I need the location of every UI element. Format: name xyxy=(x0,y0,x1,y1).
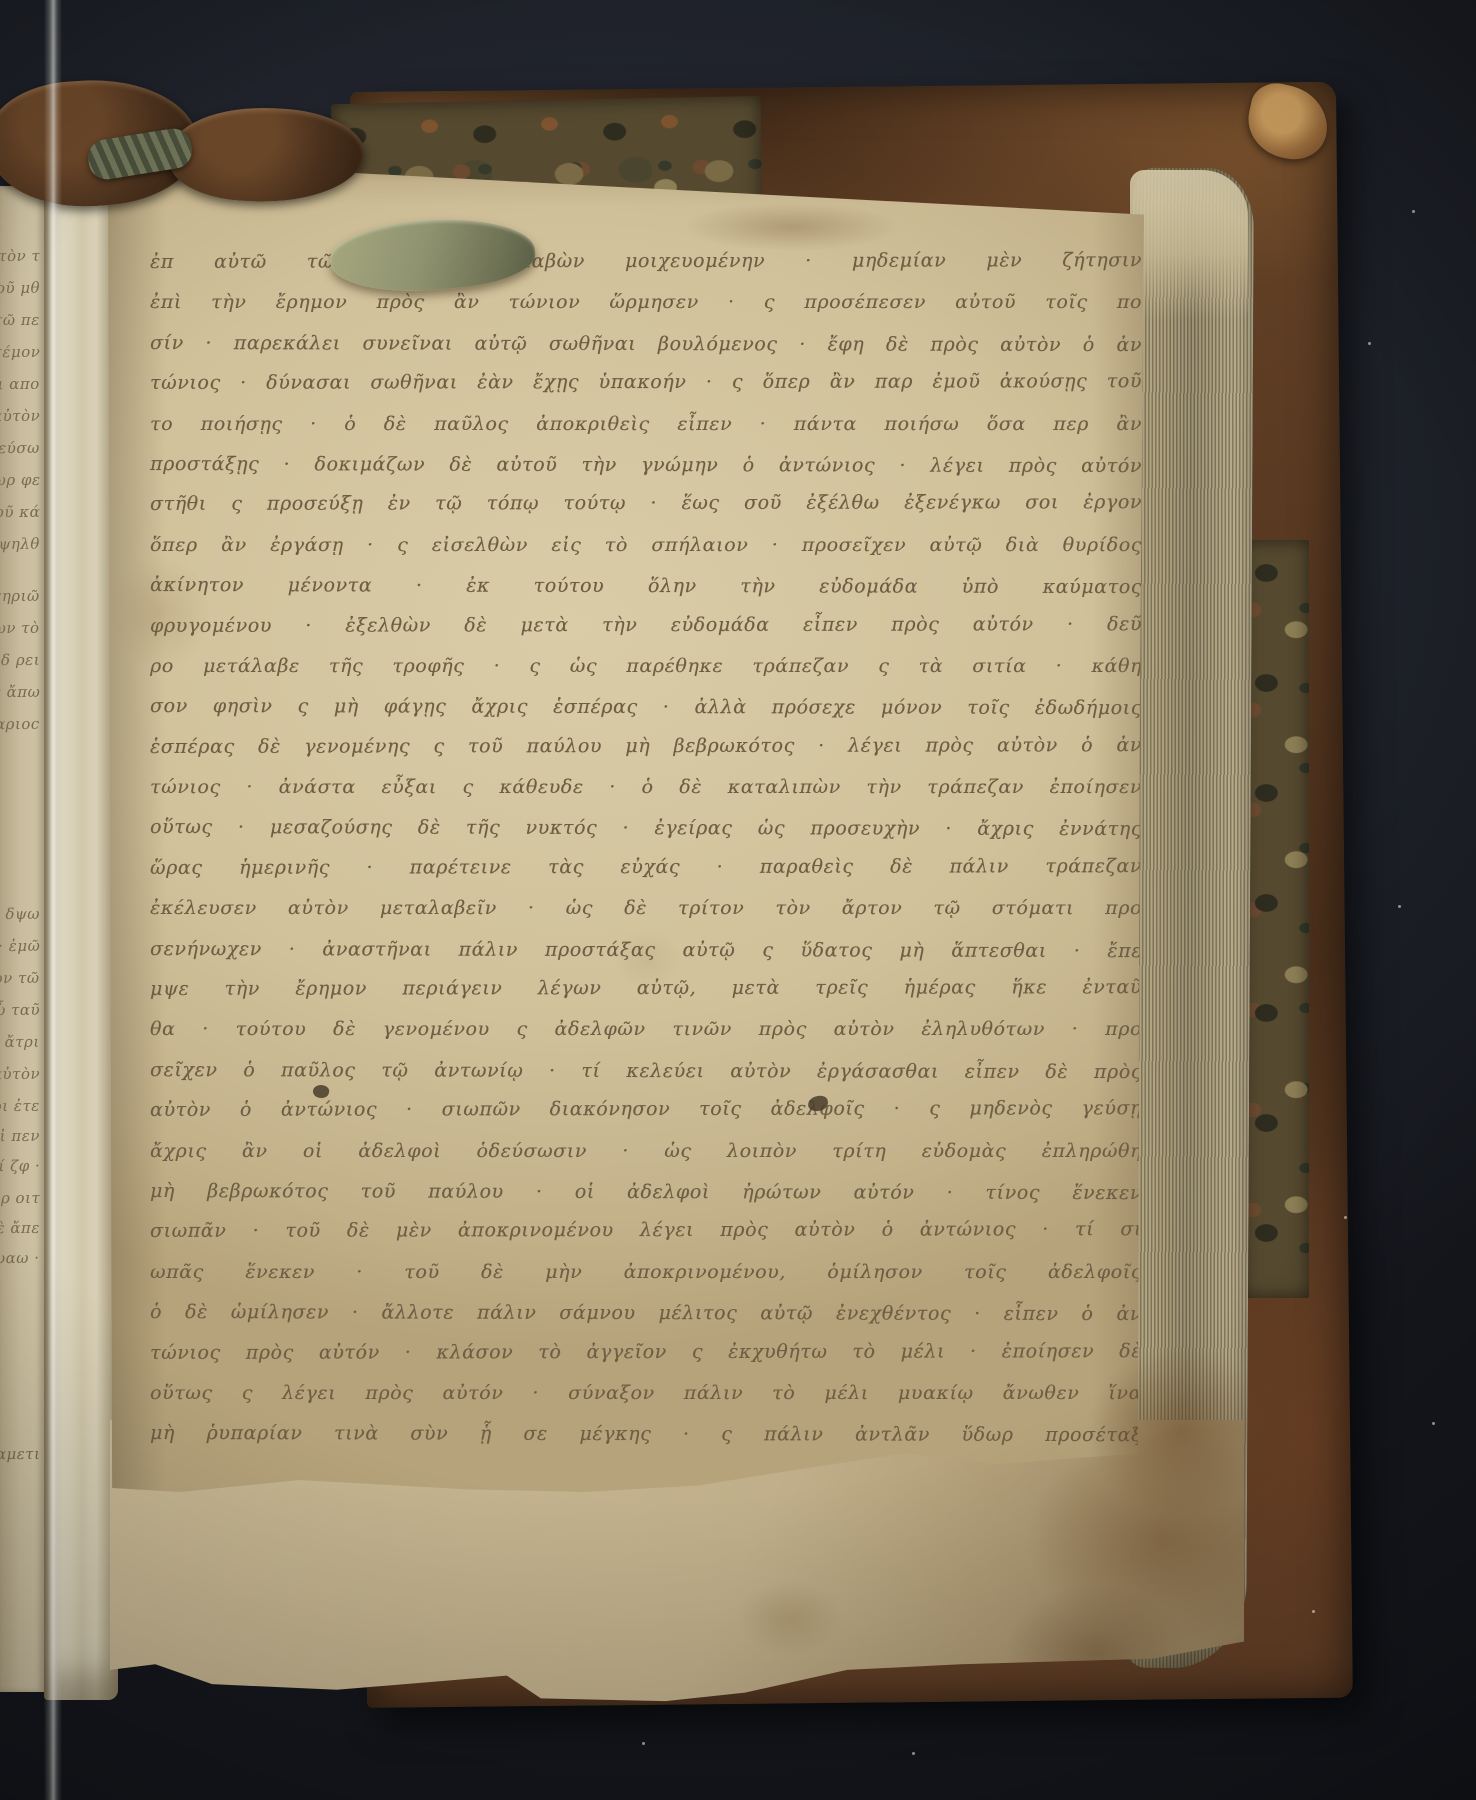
facing-page-fragment: ν αὐτὸν xyxy=(0,1065,40,1084)
facing-page-fragment: ταί ζφ · xyxy=(0,1157,40,1176)
dust-speck xyxy=(1368,342,1371,345)
text-line: ωπᾶς ἕνεκεν · τοῦ δὲ μὴν ἀποκρινομένου, … xyxy=(150,1252,1142,1292)
facing-page-fragment: ϊc ἄπω xyxy=(0,683,40,701)
facing-page-fragment: χων τὸ xyxy=(0,619,40,637)
text-line: ἐπ αὐτῶ τῶ φόρω καταλαβὼν μοιχευομένην ·… xyxy=(150,240,1142,282)
text-line: στῆθι ς προσεύξῃ ἐν τῷ τόπῳ τούτῳ · ἕως … xyxy=(150,482,1142,524)
facing-page-fragment: τον · ἐμῶ xyxy=(0,937,40,956)
page-stack-top-curve xyxy=(1130,170,1248,320)
facing-page-fragment: φριοι ἐτε xyxy=(0,1097,40,1116)
marbled-paper-right xyxy=(1243,540,1309,1298)
cradle-glare-strip xyxy=(44,0,62,1800)
text-line: οὕτως · μεσαζούσης δὲ τῆς νυκτός · ἐγείρ… xyxy=(150,807,1142,849)
facing-page-sliver: αυτὸν τc τοῦ μθτῶ πεετέμονοι απορὸc αὐτὸ… xyxy=(0,186,44,1692)
text-line: θα · τούτου δὲ γενομένου ς ἀδελφῶν τινῶν… xyxy=(150,1009,1142,1049)
text-line: φρυγομένου · ἐξελθὼν δὲ μετὰ τὴν εὐδομάδ… xyxy=(150,604,1142,646)
text-line: τώνιος · δύνασαι σωθῆναι ἐὰν ἔχῃς ὑπακοή… xyxy=(150,361,1142,403)
text-line: ἑσπέρας δὲ γενομένης ς τοῦ παύλου μὴ βεβ… xyxy=(150,725,1142,767)
facing-page-fragment: οι απο xyxy=(0,375,40,393)
text-line: ρο μετάλαβε τῆς τροφῆς · ς ὡς παρέθηκε τ… xyxy=(150,646,1142,686)
text-line: σεῖχεν ὁ παῦλος τῷ ἀντωνίῳ · τί κελεύει … xyxy=(150,1050,1142,1092)
text-line: σίν · παρεκάλει συνεῖναι αὐτῷ σωθῆναι βο… xyxy=(150,323,1142,365)
facing-page-fragment: c εἰ πεν xyxy=(0,1127,40,1146)
facing-page-fragment: ετέμον xyxy=(0,343,40,361)
facing-page-fragment: ριν ἄτρι xyxy=(0,1033,40,1052)
facing-page-fragment: υτι ὦ ταῦ xyxy=(0,1001,40,1020)
text-line: ὁ δὲ ὡμίλησεν · ἄλλοτε πάλιν σάμνου μέλι… xyxy=(150,1292,1142,1334)
text-line: μὴ βεβρωκότος τοῦ παύλου · οἱ ἀδελφοὶ ἠρ… xyxy=(150,1171,1142,1213)
text-line: οὕτως ς λέγει πρὸς αὐτόν · σύναξον πάλιν… xyxy=(150,1373,1142,1413)
text-line: ἀκίνητον μένοντα · ἐκ τούτου ὅλην τὴν εὐ… xyxy=(150,565,1142,607)
page-edge-stain xyxy=(1088,1348,1274,1514)
dust-speck xyxy=(1432,1422,1435,1425)
dust-speck xyxy=(1398,905,1401,908)
facing-page-fragment: χον τῶ xyxy=(0,969,40,987)
manuscript-leaf: 65. ἐπ αὐτῶ τῶ φόρω καταλαβὼν μοιχευομέν… xyxy=(108,160,1144,1492)
text-line: το ποιήσῃς · ὁ δὲ παῦλος ἀποκριθεὶς εἶπε… xyxy=(150,404,1142,444)
dust-speck xyxy=(1312,1610,1315,1613)
facing-page-fragment: ρὸc αὐτὸν xyxy=(0,407,40,426)
dust-speck xyxy=(1412,210,1415,213)
facing-page-fragment: ὦ δ ρει xyxy=(0,651,40,669)
text-line: αὐτὸν ὁ ἀντώνιος · σιωπῶν διακόνησον τοῖ… xyxy=(150,1088,1142,1130)
text-line: ὅπερ ἂν ἐργάσῃ · ς εἰσελθὼν εἰς τὸ σπήλα… xyxy=(150,525,1142,565)
facing-page-fragment: ταμετι xyxy=(0,1445,40,1463)
text-line: μψε τὴν ἔρημον περιάγειν λέγων αὐτῷ, μετ… xyxy=(150,967,1142,1009)
facing-page-fragment: χωρ φε xyxy=(0,471,40,489)
facing-page-fragment: βεύσω xyxy=(0,439,40,457)
facing-page-fragment: τοῦ κά xyxy=(0,503,40,521)
facing-page-fragment: ον δψω xyxy=(0,905,40,924)
facing-page-fragment: μ ψηριῶ xyxy=(0,587,40,606)
text-line: ἄχρις ἂν οἱ ἀδελφοὶ ὁδεύσωσιν · ὡς λοιπὸ… xyxy=(150,1131,1142,1171)
text-line: σιωπᾶν · τοῦ δὲ μὲν ἀποκρινομένου λέγει … xyxy=(150,1210,1142,1252)
text-line: προστάξῃς · δοκιμάζων δὲ αὐτοῦ τὴν γνώμη… xyxy=(150,444,1142,486)
facing-page-fragment: υαω · xyxy=(0,1249,40,1267)
facing-page-fragment: τῶ πε xyxy=(0,311,40,329)
dust-speck xyxy=(642,1742,645,1745)
text-line: ἐκέλευσεν αὐτὸν μεταλαβεῖν · ὡς δὲ τρίτο… xyxy=(150,888,1142,928)
facing-page-fragment: αριοc xyxy=(0,715,40,733)
text-line: τώνιος πρὸς αὐτόν · κλάσον τὸ ἀγγεῖον ς … xyxy=(150,1331,1142,1373)
text-line: σενήνωχεν · ἀναστῆναι πάλιν προστάξας αὐ… xyxy=(150,929,1142,971)
text-line: ἐπὶ τὴν ἔρημον πρὸς ἂν τώνιον ὥρμησεν · … xyxy=(150,282,1142,322)
facing-page-fragment: δὲ ἄπε xyxy=(0,1219,40,1237)
text-line: τώνιος · ἀνάστα εὖξαι ς κάθευδε · ὁ δὲ κ… xyxy=(150,767,1142,807)
text-line: σον φησὶν ς μὴ φάγῃς ἄχρις ἑσπέρας · ἀλλ… xyxy=(150,686,1142,728)
facing-page-fragment: περ οιτ xyxy=(0,1189,40,1208)
manuscript-text: ἐπ αὐτῶ τῶ φόρω καταλαβὼν μοιχευομένην ·… xyxy=(150,242,1142,1454)
manuscript-photo: αυτὸν τc τοῦ μθτῶ πεετέμονοι απορὸc αὐτὸ… xyxy=(0,0,1476,1800)
facing-page-fragment: το ψηλθ xyxy=(0,535,40,554)
dust-speck xyxy=(912,1752,915,1755)
facing-page-fragment: αυτὸν τ xyxy=(0,247,40,266)
facing-page-fragment: c τοῦ μθ xyxy=(0,279,40,298)
text-line: ὥρας ἡμερινῆς · παρέτεινε τὰς εὐχάς · πα… xyxy=(150,846,1142,888)
text-line: μὴ ῥυπαρίαν τινὰ σὺν ᾗ σε μέγκης · ς πάλ… xyxy=(150,1413,1142,1455)
dust-speck xyxy=(1344,1216,1347,1219)
